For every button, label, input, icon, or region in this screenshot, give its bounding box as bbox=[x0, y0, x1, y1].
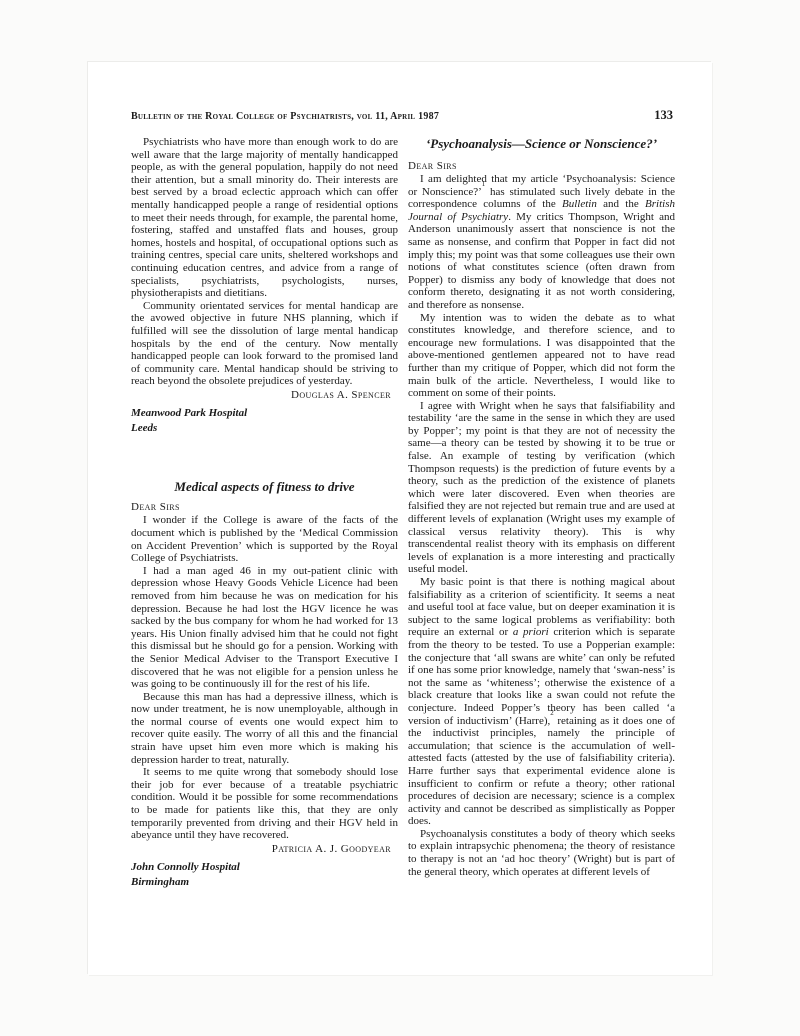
affiliation-city: Leeds bbox=[131, 421, 398, 436]
paragraph: Psychoanalysis constitutes a body of the… bbox=[408, 828, 675, 878]
page-number: 133 bbox=[654, 108, 673, 123]
affiliation-institution: Meanwood Park Hospital bbox=[131, 406, 398, 421]
affiliation-city: Birmingham bbox=[131, 875, 398, 890]
letter-body: I wonder if the College is aware of the … bbox=[131, 514, 398, 841]
signature-goodyear: Patricia A. J. Goodyear bbox=[131, 843, 398, 857]
affiliation-institution: John Connolly Hospital bbox=[131, 860, 398, 875]
letter-title: ‘Psychoanalysis—Science or Nonscience?’ bbox=[408, 136, 675, 151]
running-header: Bulletin of the Royal College of Psychia… bbox=[131, 108, 673, 123]
paragraph: I wonder if the College is aware of the … bbox=[131, 514, 398, 564]
paragraph: I am delighted that my article ‘Psychoan… bbox=[408, 173, 675, 312]
letter-mental-handicap-services: Psychiatrists who have more than enough … bbox=[131, 136, 398, 435]
paragraph: I had a man aged 46 in my out-patient cl… bbox=[131, 565, 398, 691]
two-column-text-area: Psychiatrists who have more than enough … bbox=[131, 136, 675, 889]
paragraph: Community orientated services for mental… bbox=[131, 300, 398, 388]
letter-fitness-to-drive: Medical aspects of fitness to drive Dear… bbox=[131, 479, 398, 889]
salutation: Dear Sirs bbox=[131, 501, 398, 514]
left-column: Psychiatrists who have more than enough … bbox=[131, 136, 398, 889]
affiliation-goodyear: John Connolly Hospital Birmingham bbox=[131, 860, 398, 889]
paragraph: It seems to me quite wrong that somebody… bbox=[131, 766, 398, 842]
paragraph: Psychiatrists who have more than enough … bbox=[131, 136, 398, 300]
affiliation-spencer: Meanwood Park Hospital Leeds bbox=[131, 406, 398, 435]
letter-body: I am delighted that my article ‘Psychoan… bbox=[408, 173, 675, 878]
journal-page-scan: Bulletin of the Royal College of Psychia… bbox=[88, 62, 712, 975]
right-column: ‘Psychoanalysis—Science or Nonscience?’ … bbox=[408, 136, 675, 889]
paragraph: My basic point is that there is nothing … bbox=[408, 576, 675, 828]
salutation: Dear Sirs bbox=[408, 160, 675, 173]
paragraph: My intention was to widen the debate as … bbox=[408, 312, 675, 400]
letter-psychoanalysis-science: ‘Psychoanalysis—Science or Nonscience?’ … bbox=[408, 136, 675, 878]
paragraph: Because this man has had a depressive il… bbox=[131, 691, 398, 767]
journal-title-line: Bulletin of the Royal College of Psychia… bbox=[131, 111, 439, 122]
letter-title: Medical aspects of fitness to drive bbox=[131, 479, 398, 494]
paragraph: I agree with Wright when he says that fa… bbox=[408, 400, 675, 576]
signature-spencer: Douglas A. Spencer bbox=[131, 389, 398, 403]
letter-body: Psychiatrists who have more than enough … bbox=[131, 136, 398, 388]
